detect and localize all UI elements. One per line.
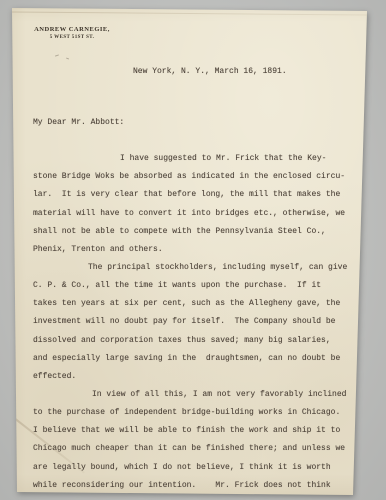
letter-line: effected.	[33, 371, 363, 389]
letter-line: C. P. & Co., all the time it wants upon …	[33, 280, 363, 298]
letter-paper: ANDREW CARNEGIE, 5 WEST 51ST ST. New Yor…	[0, 0, 386, 500]
letter-line: I believe that we will be able to finish…	[33, 425, 363, 443]
letter-line: shall not be able to compete with the Pe…	[33, 226, 363, 244]
letter-line: to the purchase of independent bridge-bu…	[33, 407, 363, 425]
letter-line: lar. It is very clear that before long, …	[33, 189, 363, 207]
letter-line: while reconsidering our intention. Mr. F…	[33, 480, 363, 498]
letter-line: Phenix, Trenton and others.	[33, 244, 363, 262]
pencil-mark	[55, 54, 59, 57]
letter-line: Chicago much cheaper than it can be fini…	[33, 443, 363, 461]
letter-line: are legally bound, which I do not believ…	[33, 462, 363, 480]
pencil-mark	[66, 58, 69, 60]
letter-line: investment will no doubt pay for itself.…	[33, 316, 363, 334]
dateline: New York, N. Y., March 16, 1891.	[133, 67, 287, 76]
scanned-letter-scene: ANDREW CARNEGIE, 5 WEST 51ST ST. New Yor…	[0, 0, 386, 500]
salutation: My Dear Mr. Abbott:	[33, 117, 363, 135]
letterhead-address: 5 WEST 51ST ST.	[30, 35, 114, 40]
paper-shadow: ANDREW CARNEGIE, 5 WEST 51ST ST. New Yor…	[0, 0, 386, 500]
paper-top-fold	[12, 11, 368, 15]
letter-line: The principal stockholders, including my…	[33, 262, 363, 280]
letter-line: I have suggested to Mr. Frick that the K…	[33, 153, 363, 171]
letter-line: material will have to convert it into br…	[33, 208, 363, 226]
letter-line: stone Bridge Woks be absorbed as indicat…	[33, 171, 363, 189]
letterhead: ANDREW CARNEGIE, 5 WEST 51ST ST.	[30, 26, 114, 40]
letter-line: dissolved and corporation taxes thus sav…	[33, 335, 363, 353]
letterhead-name: ANDREW CARNEGIE,	[30, 26, 114, 33]
letter-line: In view of all this, I am not very favor…	[33, 389, 363, 407]
letter-body: My Dear Mr. Abbott: I have suggested to …	[33, 99, 363, 498]
letter-line: takes ten years at six per cent, such as…	[33, 298, 363, 316]
letter-line: and especially large saving in the draug…	[33, 353, 363, 371]
